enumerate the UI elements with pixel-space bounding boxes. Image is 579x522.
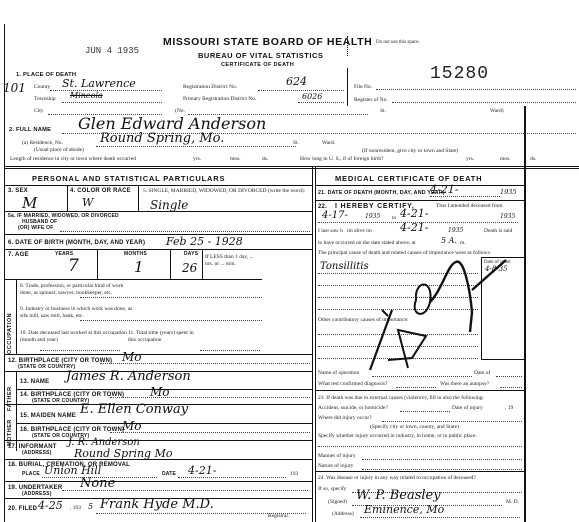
manner-field[interactable] — [362, 459, 522, 460]
us-ds-label: ds. — [530, 157, 536, 163]
burial-place-value[interactable]: Union Hill — [44, 465, 101, 476]
last-saw-year[interactable]: 1935 — [448, 228, 463, 234]
occ10-field[interactable] — [40, 350, 120, 351]
date-of-label: Date of — [474, 371, 490, 377]
undertaker-value[interactable]: None — [80, 477, 115, 490]
birthplace-value[interactable]: Mo — [122, 351, 142, 363]
days-value[interactable]: 26 — [182, 262, 197, 274]
accident-label: Accident, suicide, or homicide? — [318, 406, 388, 412]
margin-note: 101 — [3, 82, 26, 94]
document-subtitle: BUREAU OF VITAL STATISTICS — [198, 51, 323, 60]
dob-value[interactable]: Feb 25 - 1928 — [166, 236, 243, 247]
specify-place-field[interactable] — [318, 446, 522, 447]
days-label: DAYS — [184, 252, 198, 257]
do-not-use-note: Do not use this space. — [376, 40, 420, 45]
specify-city-label: (Specify city or town, county, and State… — [370, 425, 459, 431]
residence-field[interactable] — [96, 146, 296, 147]
injury-year-label: , 19 — [505, 406, 513, 412]
file-number: 15280 — [430, 64, 489, 84]
township-value: Mineola — [70, 92, 103, 100]
full-name-value: Glen Edward Anderson — [78, 116, 266, 132]
mother-bp-value[interactable]: Mo — [122, 420, 142, 432]
file-no-field[interactable] — [376, 89, 576, 90]
occ8-field[interactable] — [80, 297, 262, 298]
ward-label: Ward) — [490, 109, 504, 115]
burial-rule — [4, 481, 312, 482]
mother-name-label: 15. MAIDEN NAME — [20, 413, 76, 419]
autopsy-label: Was there an autopsy? — [440, 382, 489, 388]
personal-section-title: PERSONAL AND STATISTICAL PARTICULARS — [32, 174, 225, 183]
page-left-border — [4, 24, 5, 522]
filed-year-value[interactable]: 5 — [88, 503, 93, 511]
burial-date-label: DATE — [162, 472, 176, 477]
registrar-signature[interactable]: Frank Hyde M.D. — [100, 498, 214, 511]
occupation-side-rule — [16, 279, 17, 354]
spouse-label-3: (OR) WIFE OF — [18, 226, 53, 231]
burial-date-value[interactable]: 4-21- — [188, 465, 216, 476]
residence-st-label: St. — [293, 141, 299, 147]
occupation-side-label: OCCUPATION — [7, 282, 13, 354]
to-label: to — [392, 216, 396, 222]
reg-district-field[interactable] — [258, 90, 344, 91]
registrar-label: Registrar. — [268, 514, 289, 520]
color-value[interactable]: W — [82, 197, 93, 208]
residence-value: Round Spring, Mo. — [100, 132, 224, 145]
length-ds-label: ds. — [262, 157, 268, 163]
occ8-label: 8. Trade, profession, or particular kind… — [20, 283, 135, 296]
informant-rule — [4, 459, 312, 460]
occ11-field[interactable] — [200, 350, 260, 351]
age-label: 7. AGE — [8, 252, 29, 258]
county-value: St. Lawrence — [62, 78, 136, 89]
burial-date-field[interactable] — [178, 477, 286, 478]
nature-rule — [315, 471, 524, 472]
occ9-field[interactable] — [80, 320, 262, 321]
nature-field[interactable] — [362, 469, 522, 470]
undertaker-sublabel: (ADDRESS) — [22, 492, 52, 497]
marital-value[interactable]: Single — [150, 199, 188, 211]
father-name-label: 13. NAME — [20, 379, 49, 385]
header-divider — [347, 36, 348, 56]
occ11-label: 11. Total time (years) spent in this occ… — [128, 330, 200, 343]
annotation-115n-mark — [330, 250, 510, 375]
primary-reg-field[interactable] — [298, 102, 344, 103]
right-border — [524, 106, 526, 522]
street-label: St. — [380, 109, 386, 115]
us-yrs-label: yrs. — [466, 157, 474, 163]
full-name-label: 2. FULL NAME — [9, 128, 51, 134]
attended-from-year[interactable]: 1935 — [365, 214, 380, 220]
age-divider-3 — [202, 249, 203, 279]
primary-reg-value: 6026 — [302, 93, 322, 101]
primary-reg-label: Primary Registration District No. — [183, 97, 256, 103]
operation-field[interactable] — [372, 376, 472, 377]
city-label: City — [34, 109, 43, 115]
dod-year[interactable]: 1935 — [500, 189, 517, 196]
row7-rule — [4, 279, 262, 280]
months-label: MONTHS — [124, 252, 147, 257]
reg-district-value: 624 — [286, 76, 307, 87]
filed-value[interactable]: 4-25 — [38, 500, 63, 511]
dod-rule — [315, 200, 524, 201]
row6-rule — [4, 249, 312, 250]
md-label: M. D. — [506, 500, 519, 506]
sex-value[interactable]: M — [22, 196, 37, 211]
residence-ward-label: Ward. — [322, 141, 335, 147]
received-stamp: JUN 4 1935 — [85, 46, 139, 56]
us-mos-label: mos. — [500, 157, 511, 163]
signed-label: (Signed) — [328, 500, 347, 506]
filed-year-label: , 193 — [70, 506, 81, 512]
residence-label: (a) Residence, No. — [22, 141, 63, 147]
burial-year-suffix: 193 — [290, 472, 298, 478]
color-label: 4. COLOR OR RACE — [70, 188, 131, 194]
row5a-rule — [4, 234, 312, 235]
age-divider-1 — [97, 249, 98, 279]
occurred-label: to have occurred on the date stated abov… — [318, 241, 416, 247]
file-no-label: File No. — [354, 85, 372, 91]
years-value[interactable]: 7 — [68, 258, 79, 275]
register-no-label: Register of No. — [354, 98, 388, 104]
color-divider — [138, 185, 139, 211]
column-divider-2 — [315, 166, 316, 522]
reg-district-label: Registration District No. — [183, 85, 237, 91]
dob-label: 6. DATE OF BIRTH (MONTH, DAY, AND YEAR) — [8, 240, 145, 246]
dod-label: 21. DATE OF DEATH (MONTH, DAY, AND YEAR) — [318, 191, 445, 196]
external-causes-label: 23. If death was due to external causes … — [318, 396, 484, 402]
personal-head-rule — [4, 185, 312, 186]
months-value[interactable]: 1 — [134, 260, 144, 275]
medical-head-rule — [315, 185, 524, 186]
autopsy-rule — [315, 390, 524, 391]
manner-label: Manner of injury — [318, 454, 356, 460]
township-field[interactable] — [62, 102, 162, 103]
less-than-label: If LESS than 1 day, ... hrs. or ... min. — [205, 254, 260, 269]
occurred-time[interactable]: 5 A. — [441, 237, 457, 245]
document-title: MISSOURI STATE BOARD OF HEALTH — [163, 36, 372, 48]
address-label: (Address) — [332, 512, 354, 518]
burial-place-label: PLACE — [22, 472, 40, 477]
section-top-rule — [4, 166, 579, 167]
informant-address[interactable]: Round Spring Mo — [74, 448, 172, 459]
spouse-field[interactable] — [60, 231, 310, 232]
physician-address[interactable]: Eminence, Mo — [364, 504, 444, 515]
nature-label: Nature of injury — [318, 464, 353, 470]
injury-date-label: Date of injury — [452, 406, 483, 412]
father-name-value[interactable]: James R. Anderson — [66, 370, 191, 383]
physician-signature[interactable]: W. P. Beasley — [356, 489, 441, 502]
filed-label: 20. FILED — [8, 506, 37, 512]
attended-to[interactable]: 4-21- — [400, 208, 428, 219]
m-label: m. — [460, 241, 466, 247]
length-mos-label: mos. — [230, 157, 241, 163]
certify-text: That I attended deceased from — [436, 204, 503, 210]
county-field[interactable] — [50, 90, 162, 91]
how-long-us-label: How long in U. S., if of foreign birth? — [300, 157, 384, 163]
confirmed-field[interactable] — [396, 387, 436, 388]
column-divider — [312, 166, 313, 522]
medical-section-title: MEDICAL CERTIFICATE OF DEATH — [335, 174, 482, 183]
last-saw-label: I last saw h — [318, 229, 343, 235]
file-divider — [347, 68, 348, 106]
sex-divider — [67, 185, 68, 211]
father-side-rule — [16, 371, 17, 451]
attended-from[interactable]: 4-17- — [322, 211, 348, 221]
father-bp-field[interactable] — [110, 397, 310, 398]
age-divider-2 — [170, 249, 171, 279]
operation-label: Name of operation — [318, 371, 359, 377]
register-no-field[interactable] — [392, 102, 576, 103]
where-field[interactable] — [382, 421, 522, 422]
date-of-field[interactable] — [496, 376, 522, 377]
dod-value[interactable]: 4-21- — [430, 184, 458, 195]
occ9-label: 9. Industry or business in which work wa… — [20, 306, 135, 319]
occupation-related-label: 24. Was disease or injury in any way rel… — [318, 476, 476, 482]
mother-rule — [4, 440, 312, 441]
mother-name-rule — [16, 423, 312, 424]
last-saw-value: im alive on — [347, 229, 372, 235]
occ10-label: 10. Date deceased last worked at this oc… — [20, 330, 128, 343]
confirmed-label: What test confirmed diagnosis? — [318, 382, 388, 388]
length-yrs-label: yrs. — [193, 157, 201, 163]
occupation-rule — [4, 354, 312, 355]
father-bp-value[interactable]: Mo — [150, 386, 170, 398]
attended-to-year[interactable]: 1935 — [500, 214, 515, 220]
death-said-label: Death is said — [484, 229, 512, 235]
dod-field[interactable] — [430, 196, 500, 197]
county-label: County — [34, 85, 50, 91]
if-so-label: If so, specify — [318, 487, 347, 493]
accident-field[interactable] — [400, 411, 450, 412]
section-top-rule-2 — [4, 168, 579, 169]
row3-rule — [4, 211, 312, 212]
marital-label: 5. SINGLE, MARRIED, WIDOWED, OR DIVORCED… — [143, 188, 308, 195]
nonresident-note: (If nonresident, give city or town and S… — [362, 149, 458, 155]
autopsy-field[interactable] — [500, 387, 522, 388]
form-name: CERTIFICATE OF DEATH — [221, 62, 294, 68]
length-residence-label: Length of residence in city or town wher… — [10, 157, 136, 163]
township-label: Township — [34, 97, 56, 103]
address-field[interactable] — [360, 517, 520, 518]
mother-name-value[interactable]: E. Ellen Conway — [80, 403, 188, 416]
where-label: Where did injury occur? — [318, 416, 372, 422]
informant-sublabel: (ADDRESS) — [22, 451, 52, 456]
residence-sublabel: (Usual place of abode) — [34, 148, 84, 154]
specify-place-label: Specify whether injury occurred in indus… — [318, 434, 477, 440]
last-saw-date[interactable]: 4-21- — [400, 222, 428, 233]
